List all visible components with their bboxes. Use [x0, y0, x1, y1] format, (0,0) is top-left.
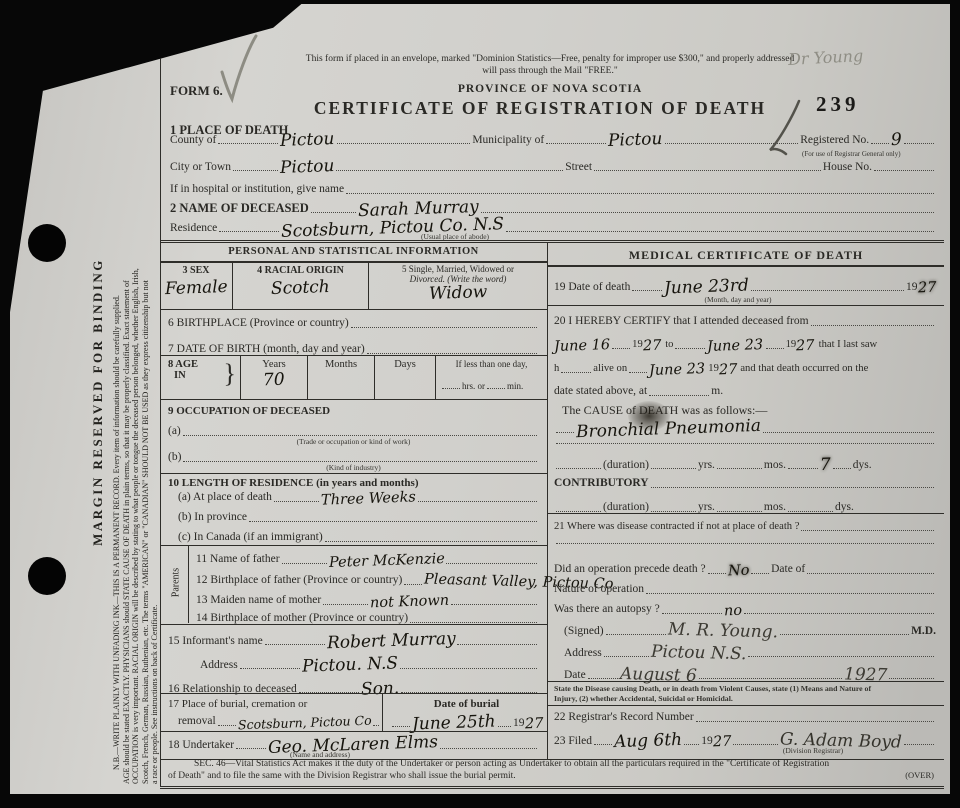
occupation-heading: 9 OCCUPATION OF DECEASED: [168, 405, 330, 417]
dotted-line: [404, 584, 422, 585]
dotted-line: [788, 511, 833, 512]
dotted-line: [889, 678, 934, 679]
violent-causes-note: State the Disease causing Death, or in d…: [554, 684, 938, 703]
physician-address-value: Pictou N.S.: [651, 645, 747, 662]
dotted-line: [457, 644, 537, 645]
dotted-line: [323, 604, 368, 605]
nature-operation-label: Nature of operation: [554, 583, 644, 596]
violent-note-line1: State the Disease causing Death, or in d…: [554, 684, 938, 694]
dob-label: 7 DATE OF BIRTH (month, day and year): [168, 343, 365, 356]
municipality-value: Pictou: [608, 132, 663, 148]
residence-label: Residence: [170, 222, 217, 235]
nb-line-3: OCCUPATION is very important. RACIAL ORI…: [131, 76, 141, 784]
personal-statistical-column: PERSONAL AND STATISTICAL INFORMATION 3 S…: [160, 243, 548, 759]
cause-duration-days-value: 7: [820, 458, 831, 473]
dotted-line: [487, 388, 505, 389]
signed-label: (Signed): [564, 625, 604, 638]
registration-stamp-number: 239: [816, 92, 860, 117]
operation-date-label: Date of: [771, 563, 805, 576]
dotted-line: [717, 511, 762, 512]
rule: [160, 693, 547, 694]
pencil-checkmark-icon: [215, 32, 261, 104]
dotted-line: [546, 143, 606, 144]
birthplace-label: 6 BIRTHPLACE (Province or country): [168, 317, 349, 330]
filed-year-value: 27: [713, 736, 732, 749]
dotted-line: [274, 501, 319, 502]
dotted-line: [606, 634, 666, 635]
violent-note-line2: Injury, (2) whether Accidental, Suicidal…: [554, 694, 938, 704]
dotted-line: [183, 435, 537, 436]
alive-prefix: h: [554, 363, 559, 375]
filed-date-value: Aug 6th: [614, 733, 683, 750]
pencil-flourish-icon: [765, 98, 807, 158]
dotted-line: [249, 521, 537, 522]
physician-address-label: Address: [564, 647, 602, 660]
certify-line1: 20 I HEREBY CERTIFY that I attended dece…: [554, 315, 809, 328]
rule: [160, 731, 547, 732]
father-name-label: 11 Name of father: [196, 553, 280, 566]
dotted-line: [498, 726, 511, 727]
physician-date-label: Date: [564, 669, 586, 682]
county-label: County of: [170, 134, 216, 147]
dotted-line: [561, 372, 591, 373]
dotted-line: [556, 432, 574, 433]
residence-c-label: (c) In Canada (if an immigrant): [178, 531, 323, 544]
rule: [548, 681, 944, 682]
to-year-prefix: 19: [786, 339, 797, 351]
dotted-line: [594, 170, 821, 171]
duration2-label: (duration): [603, 501, 649, 514]
street-label: Street: [565, 161, 592, 174]
racial-origin-value: Scotch: [271, 280, 330, 296]
over-label: (OVER): [905, 770, 934, 780]
informant-value: Robert Murray: [326, 632, 455, 651]
house-no-label: House No.: [823, 161, 872, 174]
dotted-line: [751, 290, 904, 291]
min-label: min.: [507, 381, 523, 391]
occupation-a-note: (Trade or occupation or kind of work): [160, 437, 547, 446]
nb-line-4: Scotch, French, German, Russian, Rutheni…: [141, 76, 151, 784]
father-name-value: Peter McKenzie: [328, 553, 444, 569]
filed-year-prefix: 19: [701, 735, 713, 748]
length-residence-heading: 10 LENGTH OF RESIDENCE (in years and mon…: [168, 477, 419, 489]
nb-line-5: a race or people. See instructions on ba…: [150, 76, 160, 784]
dotted-line: [373, 725, 379, 726]
county-value: Pictou: [280, 132, 335, 148]
parents-divider: [188, 545, 189, 623]
age-years-label: Years: [241, 355, 307, 370]
cause-of-death-value: Bronchial Pneumonia: [576, 419, 761, 440]
burial-date-label: Date of burial: [390, 698, 543, 710]
alive-value: June 23: [649, 363, 706, 377]
mother-name-label: 13 Maiden name of mother: [196, 594, 321, 607]
dotted-line: [811, 325, 934, 326]
dotted-line: [240, 668, 300, 669]
municipality-label: Municipality of: [472, 134, 544, 147]
parents-side-label: Parents: [171, 551, 182, 615]
city-town-label: City or Town: [170, 161, 231, 174]
attended-from-year: 27: [643, 340, 662, 353]
pencil-doctor-note: Dr Young: [788, 46, 864, 69]
personal-column-header: PERSONAL AND STATISTICAL INFORMATION: [160, 246, 547, 257]
duration-label: (duration): [603, 459, 649, 472]
dotted-line: [632, 290, 662, 291]
dotted-line: [604, 656, 649, 657]
burial-year-value: 27: [524, 718, 543, 731]
rule: [160, 399, 547, 400]
bottom-rule: [160, 786, 944, 789]
dotted-line: [871, 143, 889, 144]
dotted-line: [265, 644, 325, 645]
dotted-line: [684, 744, 699, 745]
burial-date-value: June 25th: [412, 715, 496, 732]
dotted-line: [904, 744, 934, 745]
burial-place-label-line2: removal: [178, 715, 216, 728]
city-town-value: Pictou: [280, 159, 335, 175]
dotted-line: [367, 353, 537, 354]
scanned-death-certificate: { "page": { "stamp_number": "239", "penc…: [0, 0, 960, 808]
age-brace: }: [224, 359, 236, 389]
dotted-line: [418, 501, 537, 502]
dotted-line: [337, 143, 471, 144]
province-heading: PROVINCE OF NOVA SCOTIA: [210, 83, 890, 95]
rule: [548, 705, 944, 706]
dotted-line: [651, 511, 696, 512]
dotted-line: [336, 170, 563, 171]
rule: [548, 305, 944, 306]
md-label: M.D.: [911, 625, 936, 638]
autopsy-value: no: [724, 604, 742, 617]
dotted-line: [410, 622, 537, 623]
dotted-line: [744, 613, 934, 614]
division-registrar-note: (Division Registrar): [748, 746, 878, 755]
dotted-line: [311, 212, 356, 213]
date-of-death-note: (Month, day and year): [668, 295, 808, 304]
dotted-line: [662, 613, 722, 614]
contributory-label: CONTRIBUTORY: [554, 477, 649, 490]
attended-from-value: June 16: [554, 339, 611, 353]
dotted-line: [763, 432, 934, 433]
dotted-line: [556, 543, 934, 544]
rule: [160, 545, 547, 546]
deceased-name-label: 2 NAME OF DECEASED: [170, 201, 309, 215]
dotted-line: [506, 231, 934, 232]
occupation-b-label: (b): [168, 451, 181, 464]
punch-hole-top: [28, 224, 66, 262]
burial-place-label-line1: 17 Place of burial, cremation or: [168, 698, 307, 710]
age-less-label: If less than one day,: [436, 355, 547, 369]
dotted-line: [651, 487, 934, 488]
dotted-line: [766, 348, 784, 349]
age-label-2: IN: [168, 370, 186, 381]
dotted-line: [699, 678, 842, 679]
disease-contracted-label: 21 Where was disease contracted if not a…: [554, 521, 799, 533]
sec46-note: SEC. 46—Vital Statistics Act makes it th…: [168, 758, 934, 783]
dotted-line: [218, 725, 236, 726]
ink-blot: [628, 401, 670, 431]
dotted-line: [665, 143, 799, 144]
year-prefix: 19: [906, 281, 918, 294]
alive-year-prefix: 19: [708, 363, 719, 375]
occurred-label: and that death occurred on the: [740, 363, 868, 375]
dotted-line: [451, 604, 537, 605]
dotted-line: [446, 563, 537, 564]
informant-address-value: Pictou. N.S: [301, 656, 398, 674]
punch-hole-bottom: [28, 557, 66, 595]
operation-value: No: [727, 564, 749, 577]
dys-label: dys.: [853, 459, 872, 472]
dotted-line: [788, 468, 818, 469]
dotted-line: [183, 461, 537, 462]
dotted-line: [874, 170, 934, 171]
margin-nb-note: N.B.—WRITE PLAINLY WITH UNFADING INK—THI…: [112, 76, 162, 784]
burial-year-prefix: 19: [513, 717, 525, 730]
dotted-line: [708, 573, 726, 574]
dotted-line: [751, 573, 769, 574]
m-label: m.: [711, 385, 723, 398]
dotted-line: [282, 563, 327, 564]
occupation-a-label: (a): [168, 425, 181, 438]
dotted-line: [556, 443, 934, 444]
dotted-line: [440, 748, 537, 749]
hrs-label: hrs. or: [462, 381, 485, 391]
to-label: to: [665, 339, 673, 351]
medical-column-header: MEDICAL CERTIFICATE OF DEATH: [548, 248, 944, 263]
nb-line-2: AGE should be stated EXACTLY. PHYSICIANS…: [122, 76, 132, 784]
dotted-line: [351, 327, 537, 328]
residence-b-label: (b) In province: [178, 511, 247, 524]
rule: [548, 513, 944, 514]
hospital-label: If in hospital or institution, give name: [170, 183, 344, 196]
last-saw-label: that I last saw: [819, 339, 878, 351]
age-months-label: Months: [308, 355, 374, 370]
dotted-line: [748, 656, 934, 657]
relationship-value: Son.: [360, 681, 399, 697]
dotted-line: [651, 468, 696, 469]
marital-label-line1: 5 Single, Married, Widowed or: [369, 261, 547, 274]
attended-to-year: 27: [796, 340, 815, 353]
mos2-label: mos.: [764, 501, 786, 514]
dotted-line: [696, 721, 934, 722]
father-birthplace-label: 12 Birthplace of father (Province or cou…: [196, 574, 402, 587]
mos-label: mos.: [764, 459, 786, 472]
physician-signature: M. R. Young.: [667, 623, 777, 640]
dotted-line: [556, 511, 601, 512]
dotted-line: [717, 468, 762, 469]
registered-no-label: Registered No.: [800, 134, 869, 147]
from-year-prefix: 19: [632, 339, 643, 351]
dotted-line: [801, 530, 934, 531]
burial-place-value: Scotsburn, Pictou Co: [238, 716, 372, 731]
burial-divider: [382, 693, 383, 731]
autopsy-label: Was there an autopsy ?: [554, 603, 660, 616]
dotted-line: [807, 573, 934, 574]
dotted-line: [649, 395, 709, 396]
main-columns: PERSONAL AND STATISTICAL INFORMATION 3 S…: [160, 240, 944, 760]
dotted-line: [833, 468, 851, 469]
date-stated-label: date stated above, at: [554, 385, 647, 398]
age-years-value: 70: [263, 373, 285, 388]
dotted-line: [588, 678, 618, 679]
dys2-label: dys.: [835, 501, 854, 514]
racial-origin-label: 4 RACIAL ORIGIN: [233, 261, 368, 276]
margin-binding-label: MARGIN RESERVED FOR BINDING: [90, 152, 106, 652]
dotted-line: [556, 468, 601, 469]
dotted-line: [400, 668, 537, 669]
sec46-line2: of Death" and to file the same with the …: [168, 770, 934, 782]
dotted-line: [675, 348, 705, 349]
dotted-line: [233, 170, 278, 171]
date-of-death-year: 27: [917, 282, 936, 295]
dotted-line: [218, 143, 278, 144]
sec46-line1: SEC. 46—Vital Statistics Act makes it th…: [168, 758, 934, 770]
sex-race-marital-row: 3 SEX Female 4 RACIAL ORIGIN Scotch 5 Si…: [160, 261, 547, 309]
residence-a-label: (a) At place of death: [178, 491, 272, 504]
nb-line-1: N.B.—WRITE PLAINLY WITH UNFADING INK—THI…: [112, 76, 122, 784]
attended-to-value: June 23: [707, 339, 764, 353]
dotted-line: [904, 143, 934, 144]
dotted-line: [646, 593, 934, 594]
registrar-general-note: (For use of Registrar General only): [802, 150, 901, 158]
sex-label: 3 SEX: [160, 261, 232, 276]
mother-birthplace-label: 14 Birthplace of mother (Province or cou…: [196, 612, 408, 625]
mother-name-value: not Known: [370, 594, 450, 609]
age-row: 8 AGE IN } Years 70 Months Days If less …: [160, 355, 547, 399]
dotted-line: [780, 634, 909, 635]
dotted-line: [481, 212, 934, 213]
residence-a-value: Three Weeks: [321, 491, 416, 507]
certificate-paper: MARGIN RESERVED FOR BINDING N.B.—WRITE P…: [10, 4, 950, 794]
dotted-line: [612, 348, 630, 349]
dotted-line: [346, 193, 934, 194]
rule: [160, 473, 547, 474]
alive-year: 27: [719, 364, 738, 377]
dotted-line: [442, 388, 460, 389]
rule: [160, 624, 547, 625]
date-of-death-value: June 23rd: [664, 279, 749, 296]
dotted-line: [325, 541, 537, 542]
informant-label: 15 Informant's name: [168, 635, 263, 648]
registrar-record-label: 22 Registrar's Record Number: [554, 711, 694, 724]
alive-label: alive on: [593, 363, 627, 375]
filed-label: 23 Filed: [554, 735, 592, 748]
registered-no-value: 9: [891, 133, 902, 148]
operation-label: Did an operation precede death ?: [554, 563, 706, 576]
rule: [548, 265, 944, 267]
marital-value: Widow: [429, 285, 488, 301]
age-label-1: 8 AGE: [168, 359, 198, 370]
dotted-line: [392, 726, 410, 727]
occupation-b-note: (Kind of industry): [160, 463, 547, 472]
dotted-line: [629, 372, 647, 373]
age-days-label: Days: [375, 355, 435, 370]
medical-certificate-column: MEDICAL CERTIFICATE OF DEATH 19 Date of …: [548, 243, 944, 759]
yrs2-label: yrs.: [698, 501, 715, 514]
rule: [160, 309, 547, 310]
sex-value: Female: [164, 280, 227, 297]
yrs-label: yrs.: [698, 459, 715, 472]
date-of-death-label: 19 Date of death: [554, 281, 630, 294]
informant-address-label: Address: [200, 659, 238, 672]
dotted-line: [594, 744, 612, 745]
dotted-line: [219, 231, 279, 232]
